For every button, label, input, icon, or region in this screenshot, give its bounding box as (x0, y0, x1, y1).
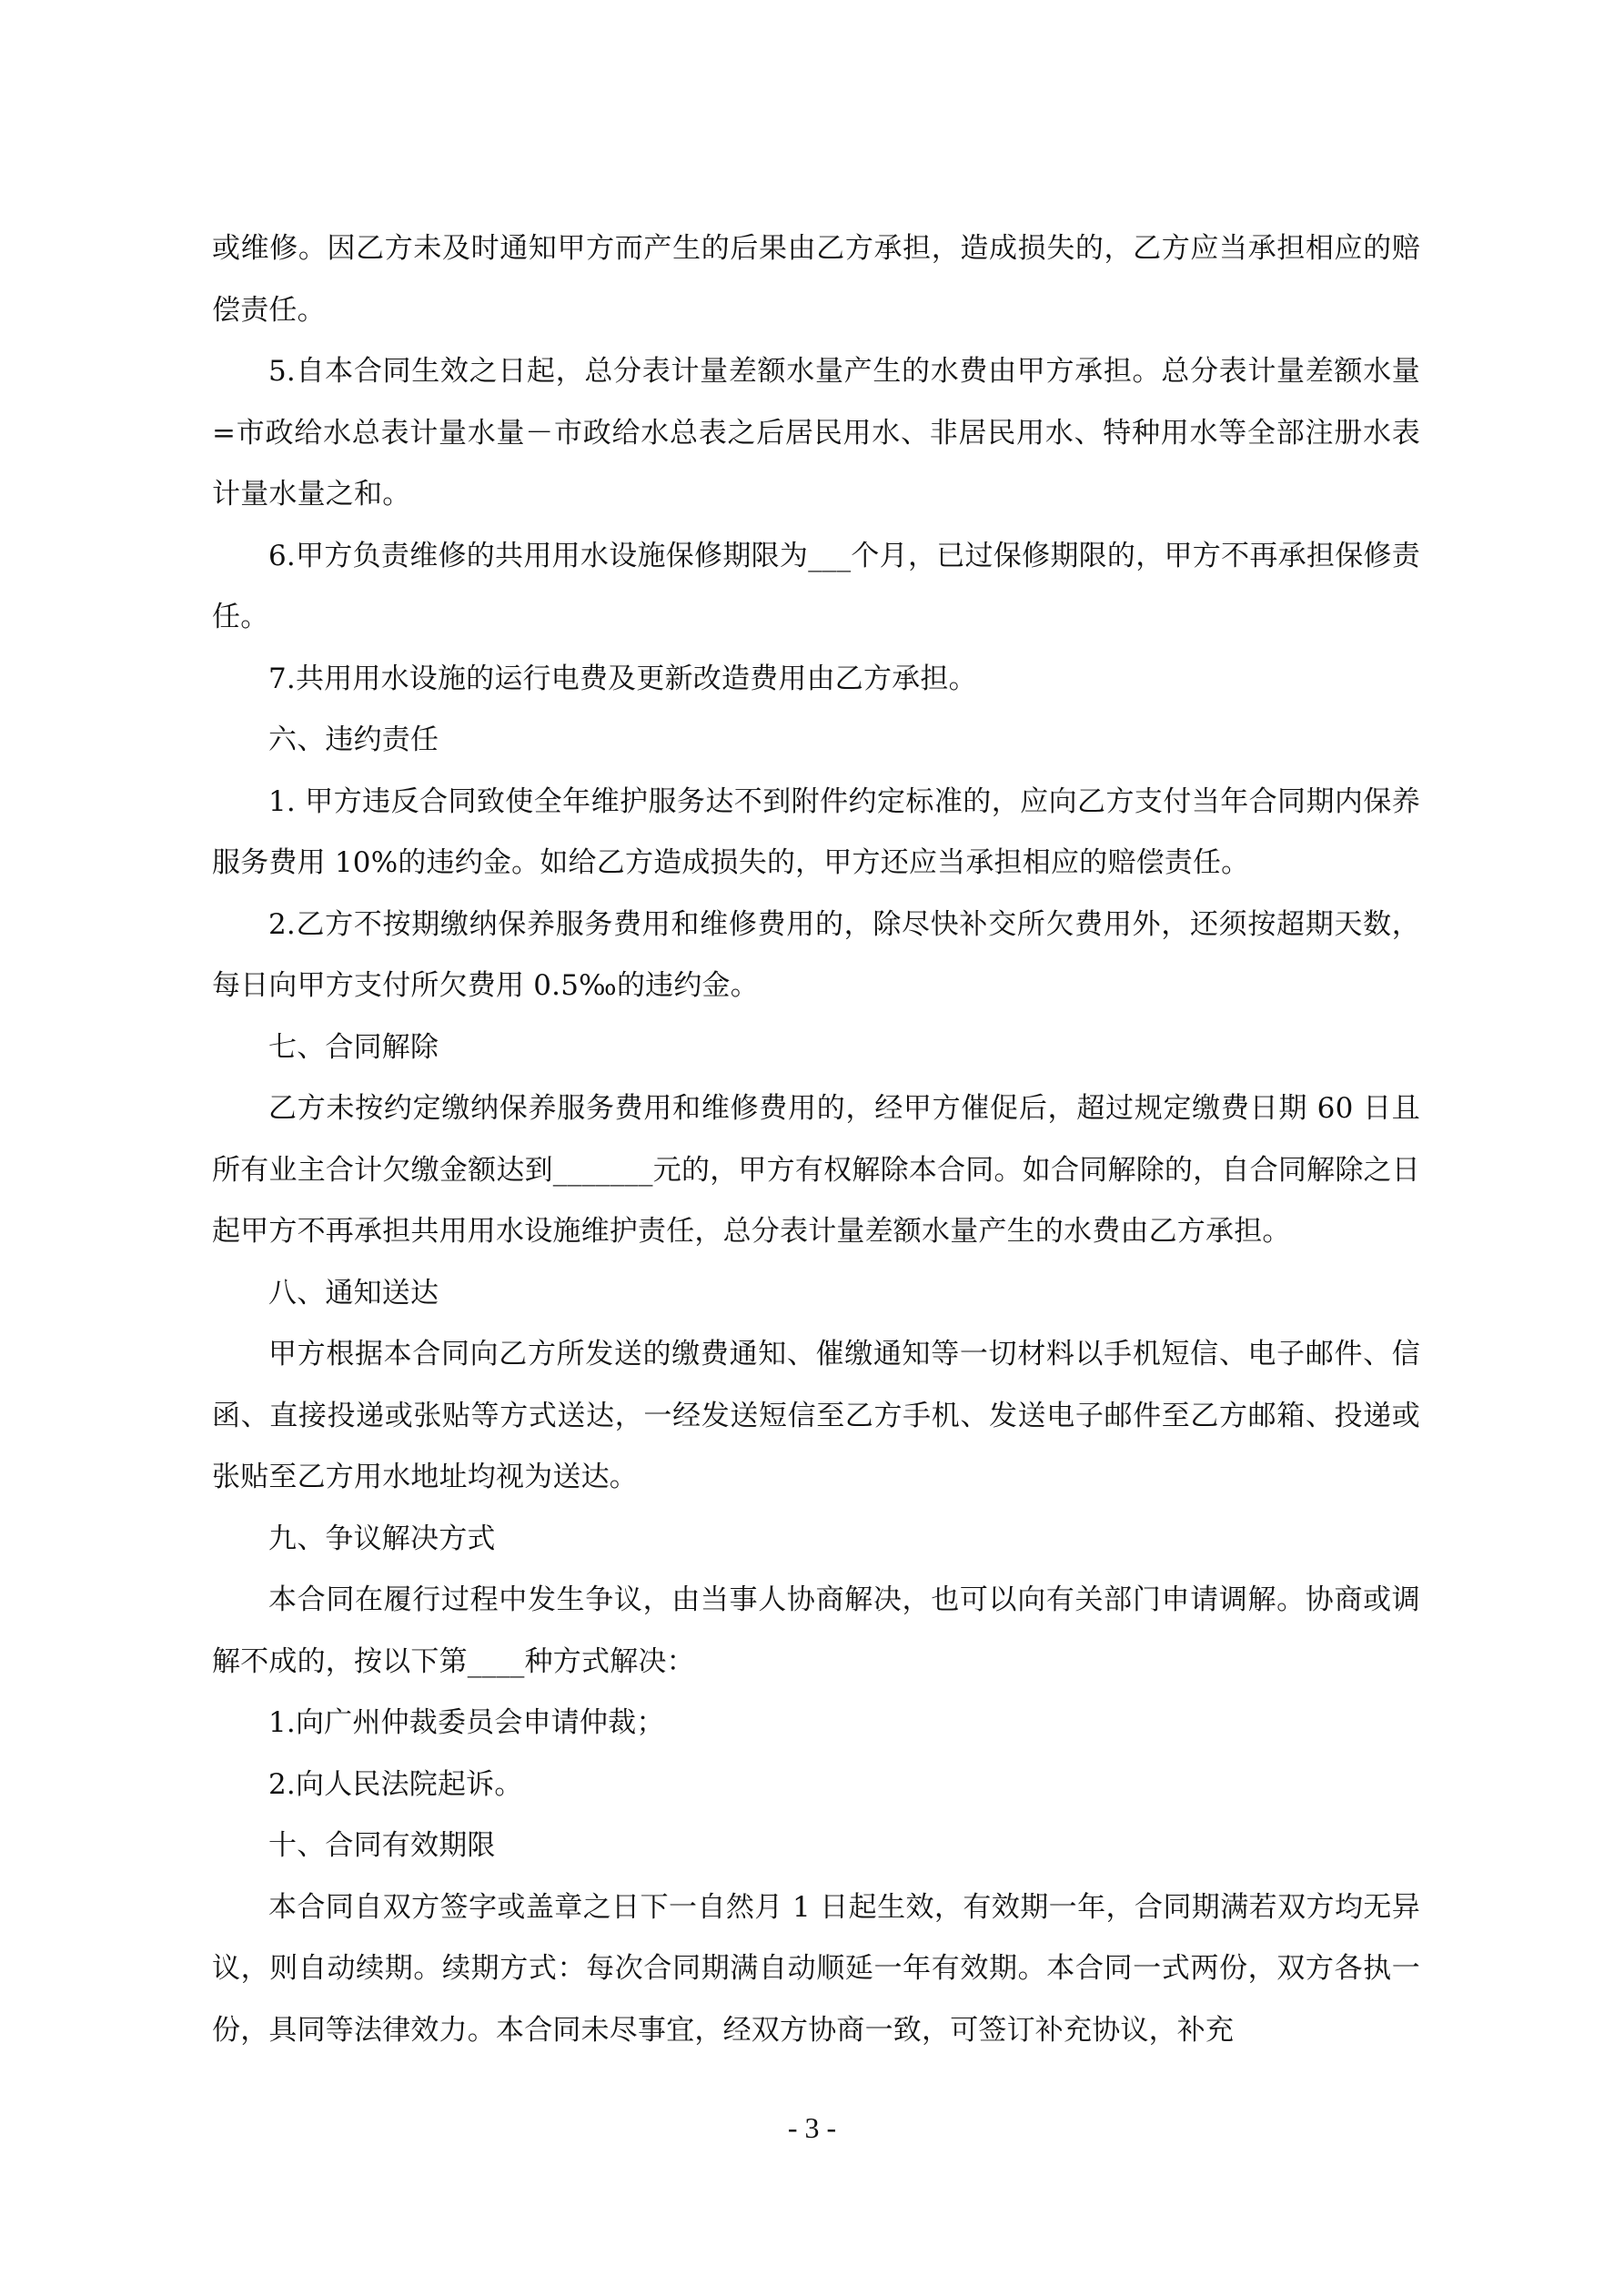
section-heading-breach-liability: 六、违约责任 (212, 710, 1420, 772)
clause-breach-party-b: 2.乙方不按期缴纳保养服务费用和维修费用的，除尽快补交所欠费用外，还须按超期天数… (212, 895, 1420, 1017)
clause-dispute-resolution: 本合同在履行过程中发生争议，由当事人协商解决，也可以向有关部门申请调解。协商或调… (212, 1570, 1420, 1693)
dispute-option-court: 2.向人民法院起诉。 (212, 1755, 1420, 1816)
clause-validity-period: 本合同自双方签字或盖章之日下一自然月 1 日起生效，有效期一年，合同期满若双方均… (212, 1877, 1420, 2062)
section-heading-validity: 十、合同有效期限 (212, 1816, 1420, 1877)
clause-7-operating-costs: 7.共用用水设施的运行电费及更新改造费用由乙方承担。 (212, 649, 1420, 711)
section-heading-termination: 七、合同解除 (212, 1017, 1420, 1079)
clause-notice-delivery: 甲方根据本合同向乙方所发送的缴费通知、催缴通知等一切材料以手机短信、电子邮件、信… (212, 1324, 1420, 1509)
section-heading-notice: 八、通知送达 (212, 1263, 1420, 1325)
clause-6-warranty-period: 6.甲方负责维修的共用用水设施保修期限为___个月，已过保修期限的，甲方不再承担… (212, 526, 1420, 649)
document-body: 或维修。因乙方未及时通知甲方而产生的后果由乙方承担，造成损失的，乙方应当承担相应… (212, 218, 1420, 2061)
dispute-option-arbitration: 1.向广州仲裁委员会申请仲裁； (212, 1693, 1420, 1755)
page-number: - 3 - (0, 2109, 1624, 2146)
clause-breach-party-a: 1. 甲方违反合同致使全年维护服务达不到附件约定标准的，应向乙方支付当年合同期内… (212, 772, 1420, 895)
document-page: 或维修。因乙方未及时通知甲方而产生的后果由乙方承担，造成损失的，乙方应当承担相应… (0, 0, 1624, 2296)
clause-termination: 乙方未按约定缴纳保养服务费用和维修费用的，经甲方催促后，超过规定缴费日期 60 … (212, 1078, 1420, 1263)
section-heading-dispute: 九、争议解决方式 (212, 1509, 1420, 1571)
clause-5-meter-difference: 5.自本合同生效之日起，总分表计量差额水量产生的水费由甲方承担。总分表计量差额水… (212, 341, 1420, 526)
paragraph-continuation: 或维修。因乙方未及时通知甲方而产生的后果由乙方承担，造成损失的，乙方应当承担相应… (212, 218, 1420, 341)
